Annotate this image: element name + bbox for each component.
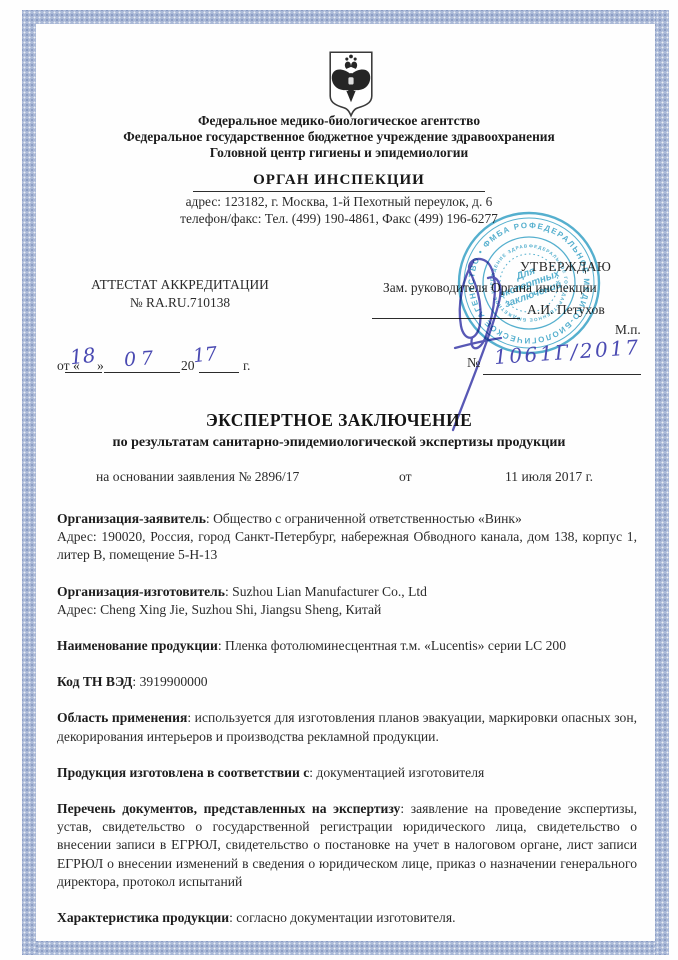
agency-line-1: Федеральное медико-биологическое агентст…: [0, 113, 678, 129]
section-paragraph: Область применения: используется для изг…: [57, 709, 637, 745]
border-band-top: [22, 10, 669, 24]
coat-of-arms-icon: [325, 50, 377, 118]
section-paragraph: Перечень документов, представленных на э…: [57, 800, 637, 891]
basis-date: 11 июля 2017 г.: [505, 469, 593, 485]
section-paragraph: Организация-заявитель: Общество с ограни…: [57, 510, 637, 565]
section-label: Наименование продукции: [57, 638, 218, 653]
section-extra-line: Адрес: 190020, Россия, город Санкт-Петер…: [57, 528, 637, 564]
section-label: Код ТН ВЭД: [57, 674, 132, 689]
basis-statement: на основании заявления № 2896/17: [96, 469, 299, 485]
date-year-underline: [199, 372, 239, 373]
agency-line-2: Федеральное государственное бюджетное уч…: [0, 129, 678, 145]
scanned-document-page: Федеральное медико-биологическое агентст…: [0, 0, 678, 960]
inspection-body-title: ОРГАН ИНСПЕКЦИИ: [193, 172, 485, 192]
section-paragraph: Организация-изготовитель: Suzhou Lian Ma…: [57, 583, 637, 619]
basis-from-word: от: [399, 469, 412, 485]
section-paragraph: Код ТН ВЭД: 3919900000: [57, 673, 637, 691]
section-label: Перечень документов, представленных на э…: [57, 801, 400, 816]
accreditation-number: № RA.RU.710138: [73, 294, 287, 312]
agency-line-3: Головной центр гигиены и эпидемиологии: [0, 145, 678, 161]
section-label: Область применения: [57, 710, 187, 725]
section-paragraph: Наименование продукции: Пленка фотолюмин…: [57, 637, 637, 655]
handwritten-year: 17: [192, 343, 218, 367]
section-label: Организация-заявитель: [57, 511, 206, 526]
document-title: ЭКСПЕРТНОЕ ЗАКЛЮЧЕНИЕ: [0, 410, 678, 431]
border-band-bottom: [22, 941, 669, 955]
document-subtitle: по результатам санитарно-эпидемиологичес…: [0, 435, 678, 451]
section-label: Организация-изготовитель: [57, 584, 225, 599]
section-label: Характеристика продукции: [57, 910, 229, 925]
section-paragraph: Характеристика продукции: согласно докум…: [57, 909, 637, 927]
date-day-underline: [65, 372, 102, 373]
body-sections: Организация-заявитель: Общество с ограни…: [57, 510, 637, 927]
section-paragraph: Продукция изготовлена в соответствии с: …: [57, 764, 637, 782]
date-month-underline: [104, 372, 180, 373]
handwritten-month: 07: [123, 347, 159, 371]
section-label: Продукция изготовлена в соответствии с: [57, 765, 309, 780]
agency-header: Федеральное медико-биологическое агентст…: [0, 113, 678, 162]
number-label: №: [467, 356, 480, 372]
accreditation-title: АТТЕСТАТ АККРЕДИТАЦИИ: [73, 276, 287, 294]
handwritten-day: 18: [69, 343, 97, 370]
date-suffix: г.: [243, 358, 250, 374]
section-extra-line: Адрес: Cheng Xing Jie, Suzhou Shi, Jiang…: [57, 601, 637, 619]
accreditation-block: АТТЕСТАТ АККРЕДИТАЦИИ № RA.RU.710138: [73, 276, 287, 311]
number-underline: [483, 374, 641, 375]
